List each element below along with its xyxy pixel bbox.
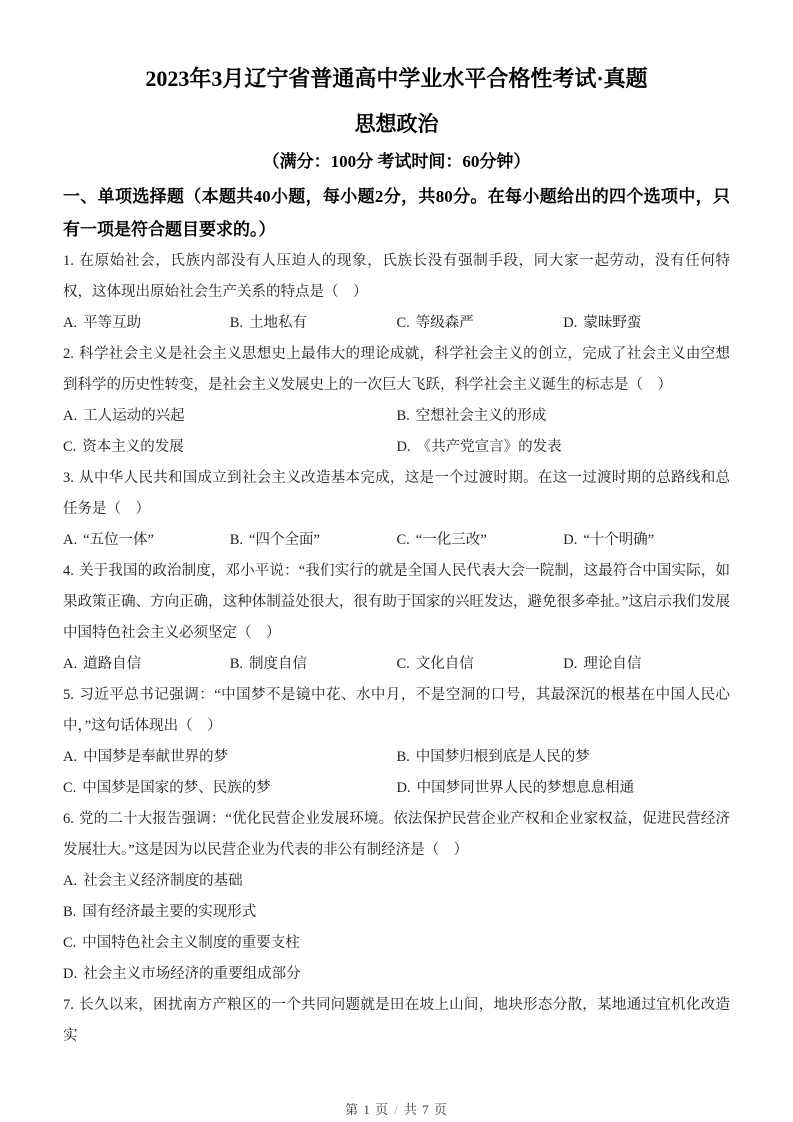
question-number: 7. (63, 997, 79, 1013)
question-number: 2. (63, 346, 79, 362)
option-text: 资本主义的发展 (82, 439, 184, 455)
question: 1.在原始社会，氏族内部没有人压迫人的现象，氏族长没有强制手段，同大家一起劳动，… (63, 246, 730, 339)
option: A.平等互助 (63, 308, 230, 339)
option: B.国有经济最主要的实现形式 (63, 897, 730, 928)
question-options: A.社会主义经济制度的基础 B.国有经济最主要的实现形式 C.中国特色社会主义制… (63, 866, 730, 990)
question-number: 5. (63, 687, 79, 703)
question-options: A.“五位一体” B.“四个全面” C.“一化三改” D.“十个明确” (63, 525, 730, 556)
option-label: D. (63, 966, 83, 982)
option-text: 工人运动的兴起 (83, 408, 185, 424)
option-text: 中国梦同世界人民的梦想息息相通 (417, 780, 635, 796)
option: B.土地私有 (230, 308, 397, 339)
option-label: A. (63, 749, 83, 765)
option-text: 文化自信 (416, 656, 474, 672)
exam-page: 2023年3月辽宁省普通高中学业水平合格性考试·真题 思想政治 （满分：100分… (0, 0, 793, 1122)
page-current: 第 1 页 (345, 1102, 389, 1117)
option: D.《共产党宣言》的发表 (397, 432, 731, 463)
option: B.空想社会主义的形成 (397, 401, 731, 432)
question-text-line: 4.关于我国的政治制度，邓小平说：“我们实行的就是全国人民代表大会一院制，这最符… (63, 556, 730, 649)
question-list: 1.在原始社会，氏族内部没有人压迫人的现象，氏族长没有强制手段，同大家一起劳动，… (63, 246, 730, 1052)
question-options: A.工人运动的兴起 B.空想社会主义的形成 C.资本主义的发展 D.《共产党宣言… (63, 401, 730, 463)
question-text: 关于我国的政治制度，邓小平说：“我们实行的就是全国人民代表大会一院制，这最符合中… (63, 563, 730, 641)
page-total: 共 7 页 (404, 1102, 448, 1117)
question-text-line: 3.从中华人民共和国成立到社会主义改造基本完成，这是一个过渡时期。在这一过渡时期… (63, 463, 730, 525)
question: 5.习近平总书记强调：“中国梦不是镜中花、水中月，不是空洞的口号，其最深沉的根基… (63, 680, 730, 804)
option: C.文化自信 (397, 649, 564, 680)
option-label: B. (230, 656, 249, 672)
page-footer: 第 1 页/共 7 页 (0, 1102, 793, 1118)
question-text: 党的二十大报告强调：“优化民营企业发展环境。依法保护民营企业产权和企业家权益，促… (63, 811, 730, 858)
option: A.社会主义经济制度的基础 (63, 866, 730, 897)
option: C.中国梦是国家的梦、民族的梦 (63, 773, 397, 804)
option: D.理论自信 (563, 649, 730, 680)
option-text: 中国梦是国家的梦、民族的梦 (82, 780, 271, 796)
option-text: 中国梦归根到底是人民的梦 (416, 749, 590, 765)
option-label: A. (63, 532, 83, 548)
option-label: C. (397, 532, 416, 548)
option-text: 社会主义市场经济的重要组成部分 (83, 966, 301, 982)
option: D.社会主义市场经济的重要组成部分 (63, 959, 730, 990)
question-text-line: 5.习近平总书记强调：“中国梦不是镜中花、水中月，不是空洞的口号，其最深沉的根基… (63, 680, 730, 742)
option: B.中国梦归根到底是人民的梦 (397, 742, 731, 773)
question-text: 在原始社会，氏族内部没有人压迫人的现象，氏族长没有强制手段，同大家一起劳动，没有… (63, 253, 730, 300)
option-label: B. (397, 408, 416, 424)
option-label: C. (63, 439, 82, 455)
option-text: 制度自信 (249, 656, 307, 672)
option-text: 等级森严 (416, 315, 474, 331)
exam-subject: 思想政治 (63, 108, 730, 140)
option-label: A. (63, 656, 83, 672)
option-label: A. (63, 408, 83, 424)
question-text-line: 7.长久以来，困扰南方产粮区的一个共同问题就是田在坡上山间，地块形态分散，某地通… (63, 990, 730, 1052)
option: D.蒙昧野蛮 (563, 308, 730, 339)
question-text-line: 2.科学社会主义是社会主义思想史上最伟大的理论成就，科学社会主义的创立，完成了社… (63, 339, 730, 401)
option-text: 《共产党宣言》的发表 (417, 439, 562, 455)
option-label: D. (563, 315, 583, 331)
option-text: “四个全面” (249, 532, 320, 548)
question: 4.关于我国的政治制度，邓小平说：“我们实行的就是全国人民代表大会一院制，这最符… (63, 556, 730, 680)
question-number: 4. (63, 563, 79, 579)
question: 7.长久以来，困扰南方产粮区的一个共同问题就是田在坡上山间，地块形态分散，某地通… (63, 990, 730, 1052)
option-text: 道路自信 (83, 656, 141, 672)
question-text: 科学社会主义是社会主义思想史上最伟大的理论成就，科学社会主义的创立，完成了社会主… (63, 346, 730, 393)
option: A.道路自信 (63, 649, 230, 680)
question-text-line: 1.在原始社会，氏族内部没有人压迫人的现象，氏族长没有强制手段，同大家一起劳动，… (63, 246, 730, 308)
option: C.“一化三改” (397, 525, 564, 556)
option: B.制度自信 (230, 649, 397, 680)
option-text: “十个明确” (583, 532, 654, 548)
question-text: 从中华人民共和国成立到社会主义改造基本完成，这是一个过渡时期。在这一过渡时期的总… (63, 470, 730, 517)
option-label: C. (63, 935, 82, 951)
option-text: 土地私有 (249, 315, 307, 331)
option-label: D. (397, 780, 417, 796)
option: A.工人运动的兴起 (63, 401, 397, 432)
option-text: 蒙昧野蛮 (583, 315, 641, 331)
option-label: D. (563, 532, 583, 548)
option-label: A. (63, 873, 83, 889)
option: C.等级森严 (397, 308, 564, 339)
question-options: A.道路自信 B.制度自信 C.文化自信 D.理论自信 (63, 649, 730, 680)
option-label: D. (397, 439, 417, 455)
page-separator: / (394, 1102, 399, 1117)
option-text: 国有经济最主要的实现形式 (82, 904, 256, 920)
section-header: 一、单项选择题（本题共40小题，每小题2分，共80分。在每小题给出的四个选项中，… (63, 180, 730, 246)
option-label: C. (397, 315, 416, 331)
question: 6.党的二十大报告强调：“优化民营企业发展环境。依法保护民营企业产权和企业家权益… (63, 804, 730, 990)
option-text: 平等互助 (83, 315, 141, 331)
question-number: 3. (63, 470, 79, 486)
question-text: 习近平总书记强调：“中国梦不是镜中花、水中月，不是空洞的口号，其最深沉的根基在中… (63, 687, 730, 734)
question-options: A.平等互助 B.土地私有 C.等级森严 D.蒙昧野蛮 (63, 308, 730, 339)
option-label: C. (397, 656, 416, 672)
option-label: D. (563, 656, 583, 672)
option: A.中国梦是奉献世界的梦 (63, 742, 397, 773)
question-text-line: 6.党的二十大报告强调：“优化民营企业发展环境。依法保护民营企业产权和企业家权益… (63, 804, 730, 866)
option-label: B. (230, 532, 249, 548)
question: 3.从中华人民共和国成立到社会主义改造基本完成，这是一个过渡时期。在这一过渡时期… (63, 463, 730, 556)
option: C.中国特色社会主义制度的重要支柱 (63, 928, 730, 959)
option: D.“十个明确” (563, 525, 730, 556)
option-text: 社会主义经济制度的基础 (83, 873, 243, 889)
option-label: B. (230, 315, 249, 331)
option: B.“四个全面” (230, 525, 397, 556)
option-text: 空想社会主义的形成 (416, 408, 547, 424)
option-label: A. (63, 315, 83, 331)
question-options: A.中国梦是奉献世界的梦 B.中国梦归根到底是人民的梦 C.中国梦是国家的梦、民… (63, 742, 730, 804)
option-text: “五位一体” (83, 532, 154, 548)
exam-meta: （满分：100分 考试时间：60分钟） (63, 148, 730, 176)
option-text: 中国梦是奉献世界的梦 (83, 749, 228, 765)
option: A.“五位一体” (63, 525, 230, 556)
option: C.资本主义的发展 (63, 432, 397, 463)
option-label: B. (397, 749, 416, 765)
question: 2.科学社会主义是社会主义思想史上最伟大的理论成就，科学社会主义的创立，完成了社… (63, 339, 730, 463)
option-text: 中国特色社会主义制度的重要支柱 (82, 935, 300, 951)
option: D.中国梦同世界人民的梦想息息相通 (397, 773, 731, 804)
exam-title: 2023年3月辽宁省普通高中学业水平合格性考试·真题 (63, 62, 730, 96)
question-text: 长久以来，困扰南方产粮区的一个共同问题就是田在坡上山间，地块形态分散，某地通过宜… (63, 997, 730, 1044)
option-text: “一化三改” (416, 532, 487, 548)
option-label: B. (63, 904, 82, 920)
question-number: 1. (63, 253, 79, 269)
question-number: 6. (63, 811, 79, 827)
option-text: 理论自信 (583, 656, 641, 672)
option-label: C. (63, 780, 82, 796)
